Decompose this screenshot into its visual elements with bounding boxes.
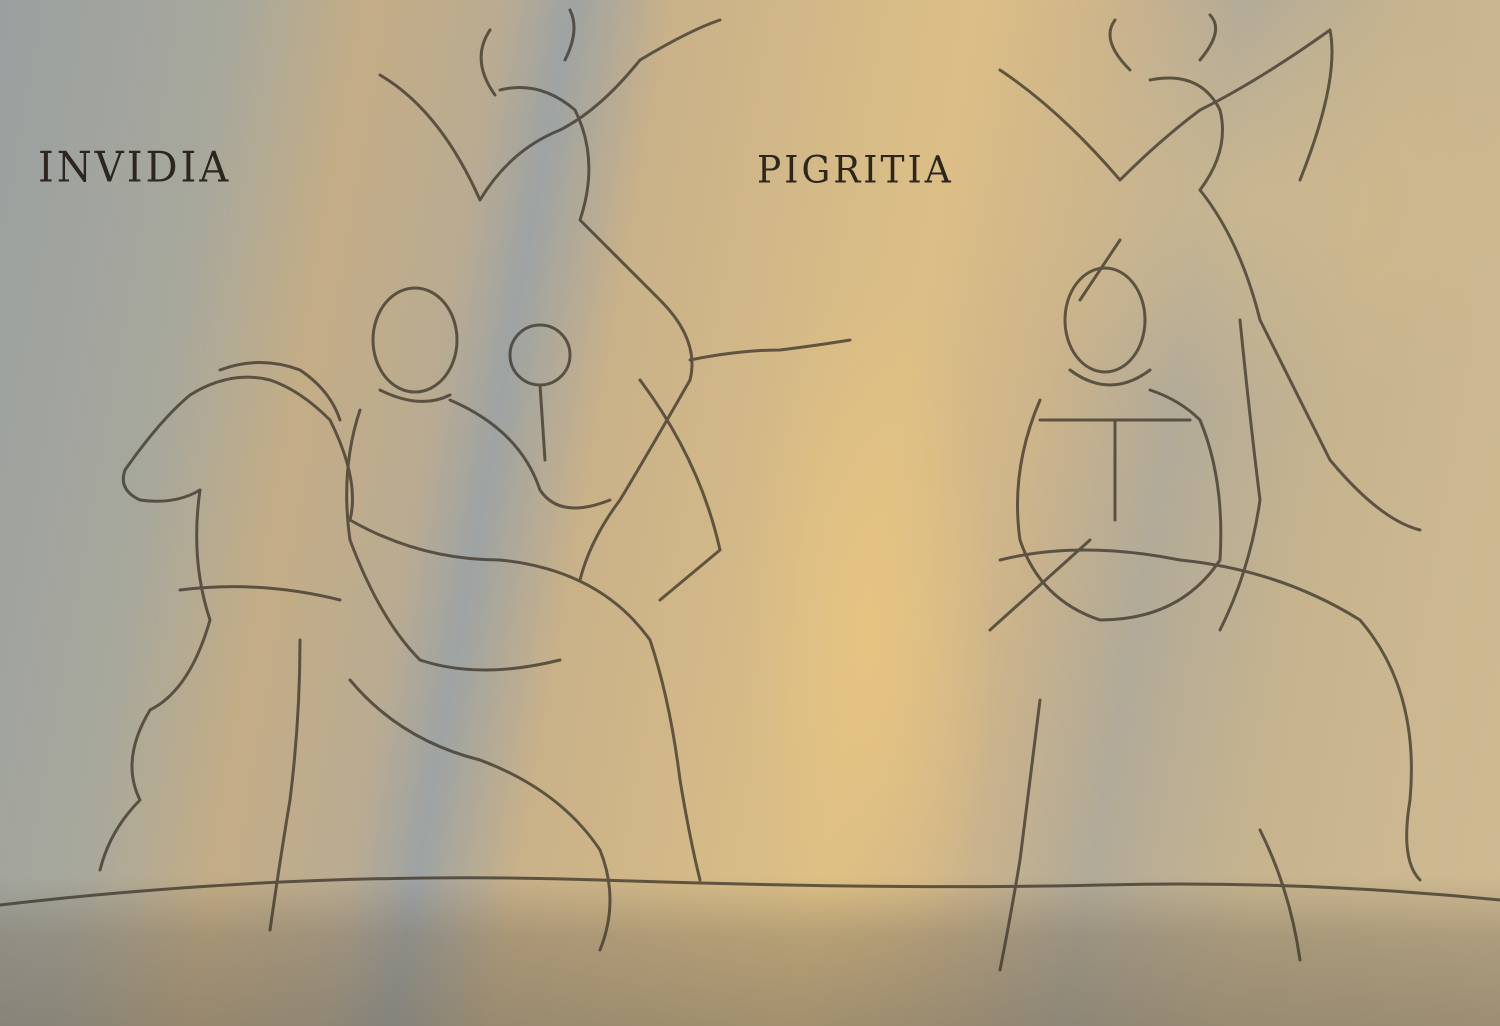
right-horse-figure — [1000, 550, 1420, 970]
left-rider-figure — [347, 288, 610, 670]
ground-line — [0, 878, 1500, 905]
label-invidia: INVIDIA — [38, 144, 231, 192]
right-demon-figure — [1000, 15, 1420, 630]
label-pigritia: PIGRITIA — [757, 149, 954, 192]
left-demon-figure — [380, 10, 850, 600]
left-horse-figure — [100, 363, 700, 951]
right-rider-figure — [990, 268, 1221, 630]
mural-photo: INVIDIA PIGRITIA — [0, 0, 1500, 1026]
